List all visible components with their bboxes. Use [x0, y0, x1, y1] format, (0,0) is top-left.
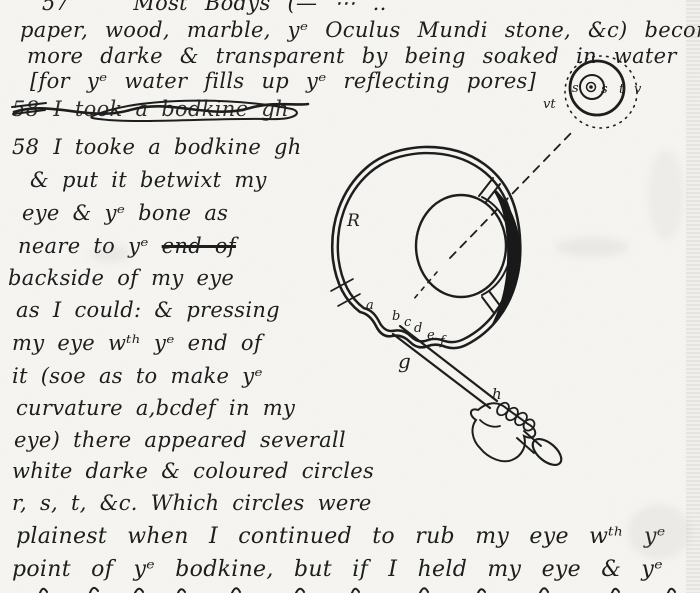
- circles-inner-ring: [580, 75, 604, 99]
- entry-57-line-2: more darke & transparent by being soaked…: [27, 44, 677, 69]
- eye-label-b: b: [392, 309, 400, 324]
- dashed-sightline: [413, 132, 572, 300]
- hand: [471, 400, 537, 461]
- entry-57-line-1: paper, wood, marble, yᵉ Oculus Mundi sto…: [20, 18, 700, 43]
- eye-label-a: a: [366, 298, 374, 313]
- circles-label-t: t: [619, 82, 625, 97]
- entry-58-opening-text: I tooke a bodkine gh: [53, 135, 301, 159]
- entry-58-line-curvature: curvature a,bcdef in my: [16, 396, 295, 421]
- entry-58-line-betwixt: & put it betwixt my: [30, 168, 267, 193]
- eye-label-d: d: [414, 321, 422, 336]
- entry-58-opening-line: 58I tooke a bodkine gh: [12, 135, 302, 160]
- bodkin-handle-end: [528, 434, 566, 470]
- entry-58-line-could: as I could: & pressing: [16, 298, 280, 323]
- circles-center-ring: [587, 83, 596, 92]
- entry-58-line-severall: eye) there appeared severall: [14, 428, 346, 453]
- eye-diagram-labels: R a b c d e f g h: [346, 211, 502, 403]
- eye-label-e: e: [427, 328, 435, 343]
- eyeball-outline: [332, 147, 520, 348]
- entry-58-line-coloured: white darke & coloured circles: [12, 459, 374, 484]
- entry-58-line-end-of: my eye wᵗʰ yᵉ end of: [12, 331, 262, 356]
- deleted-line-58: 58I took a bodkine gh: [12, 97, 289, 122]
- eye-label-r: R: [346, 211, 360, 231]
- circles-label-v: v: [634, 82, 642, 97]
- eye-label-g: g: [398, 349, 411, 373]
- lens-circle: [416, 178, 511, 313]
- cut-off-line-marks: [40, 588, 675, 593]
- entry-57-heading-text: Most Bodys (— ⋯ ‥: [133, 0, 387, 15]
- circles-center-dot: [589, 85, 593, 89]
- neare-line-prefix: neare to yᵉ: [18, 234, 162, 258]
- paper-smudge: [648, 150, 684, 240]
- entry-58-line-plainest: plainest when I continued to rub my eye …: [16, 524, 666, 550]
- entry-57-number: 57: [42, 0, 69, 16]
- tick-marks: [331, 279, 360, 306]
- eye-label-h: h: [492, 385, 502, 403]
- entry-57-heading: 57Most Bodys (— ⋯ ‥: [42, 0, 387, 16]
- scan-edge-band: [686, 0, 700, 593]
- circles-label-s-right: s: [601, 82, 608, 97]
- entry-58-line-bone: eye & yᵉ bone as: [22, 201, 228, 226]
- entry-57-line-3: [for yᵉ water fills up yᵉ reflecting por…: [30, 69, 536, 94]
- deleted-line-number: 58: [12, 97, 39, 122]
- crescent-shading: [492, 191, 521, 325]
- manuscript-page: 57Most Bodys (— ⋯ ‥ paper, wood, marble,…: [0, 0, 700, 593]
- entry-58-line-point: point of yᵉ bodkine, but if I held my ey…: [12, 557, 663, 583]
- bodkin-shaft: [393, 326, 566, 470]
- paper-smudge: [556, 238, 628, 256]
- entry-58-line-make: it (soe as to make yᵉ: [12, 364, 263, 389]
- entry-58-line-rst: r, s, t, &c. Which circles were: [12, 491, 372, 516]
- entry-58-number: 58: [12, 135, 39, 160]
- neare-line-deleted-words: end of: [162, 234, 236, 258]
- eye-label-f: f: [439, 334, 447, 349]
- entry-58-line-neare: neare to yᵉ end of: [18, 234, 236, 259]
- circles-label-vt: vt: [543, 97, 556, 112]
- entry-58-line-backside: backside of my eye: [8, 266, 234, 291]
- eye-label-c: c: [404, 315, 412, 330]
- deleted-line-text: I took a bodkine gh: [53, 97, 289, 121]
- circles-label-s-left: s: [572, 81, 579, 96]
